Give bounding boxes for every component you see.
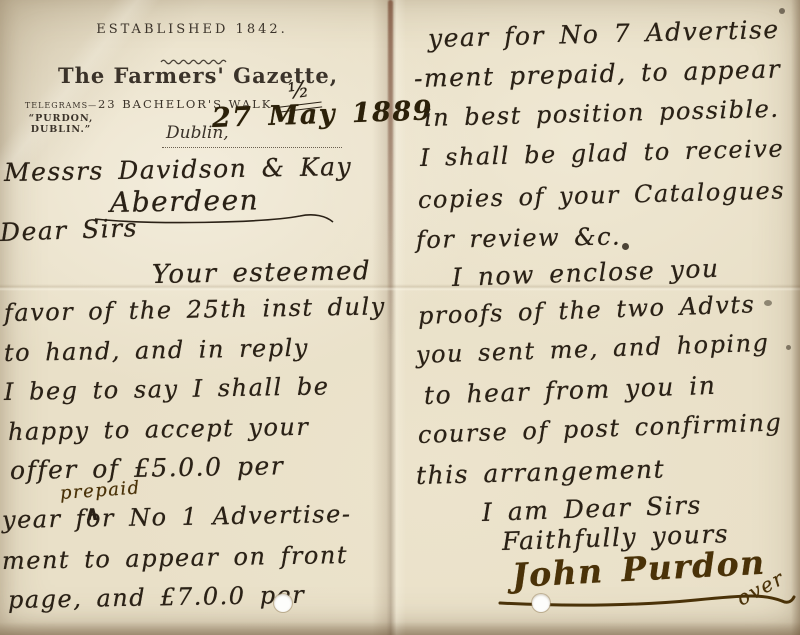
- body-right-line: in best position possible.: [424, 95, 780, 132]
- body-left-line: page, and £7.0.0 per: [8, 581, 306, 614]
- punch-hole: [532, 594, 550, 612]
- body-left-line: Your esteemed: [152, 256, 372, 290]
- recipient-line: Messrs Davidson & Kay: [4, 152, 353, 187]
- body-right-line: course of post confirming: [418, 408, 783, 449]
- body-right-line: proofs of the two Advts: [418, 290, 756, 330]
- paper-edge-bottom: [0, 622, 800, 635]
- body-right-line: copies of your Catalogues: [418, 176, 786, 214]
- body-right-line: for review &c.: [416, 222, 622, 254]
- ink-blot: [764, 300, 772, 306]
- body-right-line: this arrangement: [416, 454, 666, 490]
- letter-document: ESTABLISHED 1842. The Farmers' Gazette, …: [0, 0, 800, 635]
- body-right-line: to hear from you in: [423, 371, 716, 410]
- body-left-line: ment to appear on front: [2, 541, 348, 575]
- body-left-line: I beg to say I shall be: [4, 372, 330, 406]
- ink-blot: [779, 8, 785, 14]
- body-left-line: to hand, and in reply: [4, 334, 309, 367]
- body-left-line: year for No 1 Advertise-: [2, 500, 352, 534]
- ink-blot: [622, 243, 629, 250]
- telegrams-label: TELEGRAMS—: [2, 101, 120, 110]
- salutation: Dear Sirs: [0, 213, 138, 247]
- insertion-prepaid: prepaid: [59, 477, 141, 504]
- letterhead-company-name: The Farmers' Gazette,: [0, 63, 396, 88]
- body-left-line: offer of £5.0.0 per: [10, 451, 285, 485]
- punch-hole: [274, 594, 292, 612]
- body-right-line: you sent me, and hoping: [416, 329, 770, 369]
- telegrams-value: “PURDON, DUBLIN.”: [2, 113, 120, 135]
- paper-edge-right: [791, 0, 800, 635]
- telegrams-block: TELEGRAMS— “PURDON, DUBLIN.”: [2, 101, 120, 135]
- letterhead-established: ESTABLISHED 1842.: [0, 22, 384, 37]
- horizontal-fold-crease: [0, 284, 800, 291]
- body-left-line: happy to accept your: [8, 413, 310, 446]
- body-right-line: I shall be glad to receive: [420, 134, 785, 172]
- body-right-line: year for No 7 Advertise: [428, 15, 780, 53]
- body-left-line: favor of the 25th inst duly: [4, 292, 386, 327]
- body-right-line: -ment prepaid, to appear: [414, 54, 782, 93]
